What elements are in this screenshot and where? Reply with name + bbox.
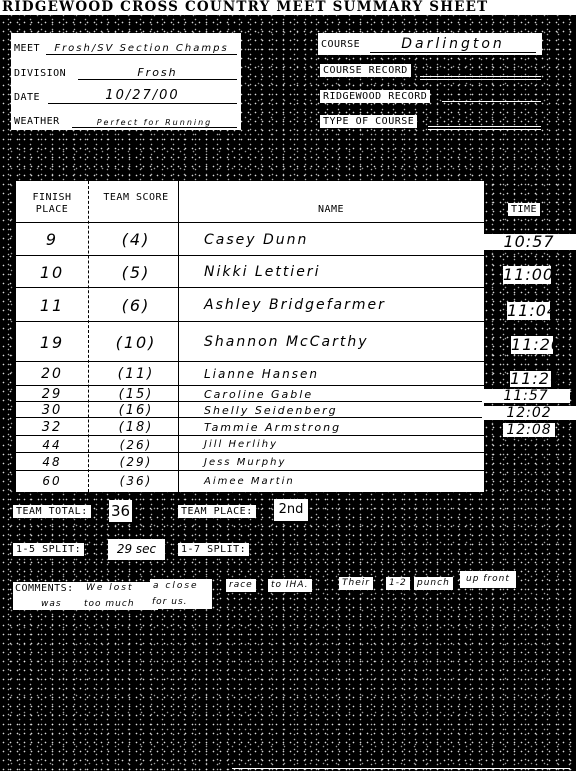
header-finish-place: FINISH PLACE: [16, 192, 88, 216]
table-row[interactable]: 32(18)Tammie Armstrong: [16, 417, 484, 436]
team-score-cell: (18): [96, 418, 176, 436]
finish-place-cell: 29: [16, 386, 88, 402]
finish-place-cell: 20: [16, 362, 88, 386]
table-row[interactable]: 44(26)Jill Herlihy: [16, 435, 484, 453]
team-score-cell: (36): [96, 471, 176, 491]
runner-name-cell: Aimee Martin: [178, 471, 510, 491]
split-1-7-label: 1-7 SPLIT:: [178, 543, 249, 556]
table-row[interactable]: 29(15)Caroline Gable: [16, 385, 484, 402]
weather-label: WEATHER: [14, 116, 60, 127]
finish-place-cell: 11: [16, 288, 88, 322]
time-cell: 11:04: [507, 302, 550, 320]
sheet-title: RIDGEWOOD CROSS COUNTRY MEET SUMMARY SHE…: [0, 0, 576, 15]
time-cell: 12:08: [503, 423, 555, 437]
comments-box-2: We lost too much: [82, 582, 158, 610]
table-row[interactable]: 48(29)Jess Murphy: [16, 452, 484, 471]
team-total-label: TEAM TOTAL:: [13, 505, 91, 518]
table-row[interactable]: 19(10)Shannon McCarthy: [16, 321, 484, 362]
type-of-course-label: TYPE OF COURSE: [320, 115, 417, 128]
table-row[interactable]: 11(6)Ashley Bridgefarmer: [16, 287, 484, 322]
division-value: Frosh: [78, 66, 237, 80]
time-cell: 10:57: [482, 234, 576, 250]
header-team-score: TEAM SCORE: [96, 192, 176, 204]
comments-label: COMMENTS:: [15, 583, 74, 594]
comments-label-box: COMMENTS: was: [13, 582, 82, 610]
table-row[interactable]: 10(5)Nikki Lettieri: [16, 255, 484, 288]
table-row[interactable]: 20(11)Lianne Hansen: [16, 361, 484, 386]
team-total-value[interactable]: 36: [109, 500, 132, 522]
runner-name-cell: Nikki Lettieri: [178, 256, 510, 288]
table-row[interactable]: 30(16)Shelly Seidenberg: [16, 401, 484, 418]
comment-word: race: [226, 579, 256, 592]
split-1-5-label: 1-5 SPLIT:: [13, 543, 84, 556]
comments-box-3: a close for us.: [150, 579, 212, 609]
time-cell: 12:02: [482, 406, 576, 420]
comment-word: punch: [414, 577, 453, 590]
comment-word: too much: [84, 599, 135, 609]
finish-place-cell: 10: [16, 256, 88, 288]
ridgewood-record-label: RIDGEWOOD RECORD: [320, 90, 430, 103]
division-label: DIVISION: [14, 68, 66, 79]
header-time: TIME: [508, 203, 540, 216]
runner-name-cell: Casey Dunn: [178, 223, 510, 256]
finish-place-cell: 60: [16, 471, 88, 491]
meet-value: Frosh/SV Section Champs: [46, 43, 237, 55]
team-score-cell: (29): [96, 453, 176, 471]
course-value: Darlington: [370, 36, 536, 53]
meet-info-panel: MEET Frosh/SV Section Champs DIVISION Fr…: [11, 33, 241, 130]
comment-word: We lost: [86, 583, 134, 593]
comment-word: up front: [460, 571, 516, 588]
table-row[interactable]: 60(36)Aimee Martin: [16, 470, 484, 491]
course-record-label: COURSE RECORD: [320, 64, 411, 77]
finish-place-cell: 32: [16, 418, 88, 436]
comment-word: 1-2: [386, 577, 410, 590]
time-cell: 11:00: [503, 266, 551, 284]
comment-word: Their: [339, 577, 373, 590]
course-record-line[interactable]: [420, 76, 541, 77]
team-place-value[interactable]: 2nd: [274, 499, 308, 521]
runner-name-cell: Jill Herlihy: [178, 436, 510, 453]
team-score-cell: (6): [96, 288, 176, 322]
date-value: 10/27/00: [48, 88, 237, 104]
runner-name-cell: Caroline Gable: [178, 386, 510, 402]
comment-word: to IHA.: [268, 579, 312, 592]
team-score-cell: (5): [96, 256, 176, 288]
team-score-cell: (11): [96, 362, 176, 386]
course-label: COURSE: [321, 39, 360, 50]
time-cell: 11:57: [482, 389, 570, 403]
comment-word: was: [41, 599, 62, 609]
finish-place-cell: 48: [16, 453, 88, 471]
meet-label: MEET: [14, 43, 40, 54]
sheet-title-banner: RIDGEWOOD CROSS COUNTRY MEET SUMMARY SHE…: [0, 0, 576, 15]
date-label: DATE: [14, 92, 40, 103]
runner-name-cell: Lianne Hansen: [178, 362, 510, 386]
type-of-course-line[interactable]: [428, 126, 541, 127]
runner-name-cell: Tammie Armstrong: [178, 418, 510, 436]
runner-name-cell: Jess Murphy: [178, 453, 510, 471]
finish-place-cell: 9: [16, 223, 88, 256]
runner-name-cell: Shannon McCarthy: [178, 322, 510, 362]
team-score-cell: (10): [96, 322, 176, 362]
meet-field[interactable]: MEET Frosh/SV Section Champs: [14, 33, 237, 57]
weather-field[interactable]: WEATHER Perfect for Running: [14, 106, 237, 130]
time-cell: 11:20: [511, 336, 553, 354]
split-1-5-value[interactable]: 29 sec: [108, 539, 165, 560]
team-score-cell: (26): [96, 436, 176, 453]
table-row[interactable]: 9(4)Casey Dunn: [16, 222, 484, 256]
finish-place-cell: 44: [16, 436, 88, 453]
team-score-cell: (4): [96, 223, 176, 256]
course-field[interactable]: COURSE Darlington: [318, 33, 542, 55]
finish-place-cell: 19: [16, 322, 88, 362]
runner-name-cell: Shelly Seidenberg: [178, 402, 510, 418]
runner-name-cell: Ashley Bridgefarmer: [178, 288, 510, 322]
date-field[interactable]: DATE 10/27/00: [14, 82, 237, 106]
weather-value: Perfect for Running: [72, 118, 237, 128]
results-table: FINISH PLACE TEAM SCORE NAME 9(4)Casey D…: [14, 181, 484, 492]
division-field[interactable]: DIVISION Frosh: [14, 58, 237, 82]
comment-word: for us.: [152, 597, 188, 607]
finish-place-cell: 30: [16, 402, 88, 418]
time-cell: 11:26: [510, 371, 551, 387]
header-name: NAME: [178, 204, 484, 216]
comment-word: a close: [153, 581, 199, 591]
ridgewood-record-line[interactable]: [442, 101, 541, 102]
team-place-label: TEAM PLACE:: [178, 505, 256, 518]
team-score-cell: (15): [96, 386, 176, 402]
team-score-cell: (16): [96, 402, 176, 418]
